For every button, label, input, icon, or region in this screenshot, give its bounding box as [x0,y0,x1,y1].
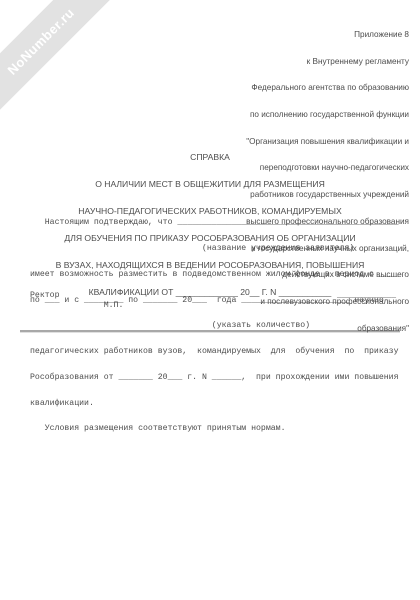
appendix-header-line: высшего профессионального образования [246,218,409,227]
body-line: Условия размещения соответствуют приняты… [30,425,399,434]
appendix-header: Приложение 8 к Внутреннему регламенту Фе… [246,13,409,351]
appendix-header-line: и послевузовского профессионального [246,298,409,307]
appendix-header-line: "Организация повышения квалификации и [246,138,409,147]
appendix-header-line: Федерального агентства по образованию [246,84,409,93]
appendix-header-line: и государственных научных организаций, [246,245,409,254]
appendix-header-line: Приложение 8 [246,31,409,40]
appendix-header-line: к Внутреннему регламенту [246,58,409,67]
watermark-ribbon: NoNumber.ru [0,0,112,112]
appendix-header-line: переподготовки научно-педагогических [246,164,409,173]
appendix-header-line: работников государственных учреждений [246,191,409,200]
signature-role-label: Ректор [30,292,59,301]
appendix-header-line: образования" [246,325,409,334]
body-line: квалификации. [30,400,399,409]
appendix-header-line: действующих в системе высшего [246,271,409,280]
stamp-line: М.П. [30,302,123,311]
stamp-label: М.П. [30,301,123,310]
body-line: Рособразования от _______ 20___ г. N ___… [30,374,399,383]
document-page: NoNumber.ru Приложение 8 к Внутреннему р… [0,0,420,600]
watermark-text: NoNumber.ru [4,5,77,78]
appendix-header-line: по исполнению государственной функции [246,111,409,120]
